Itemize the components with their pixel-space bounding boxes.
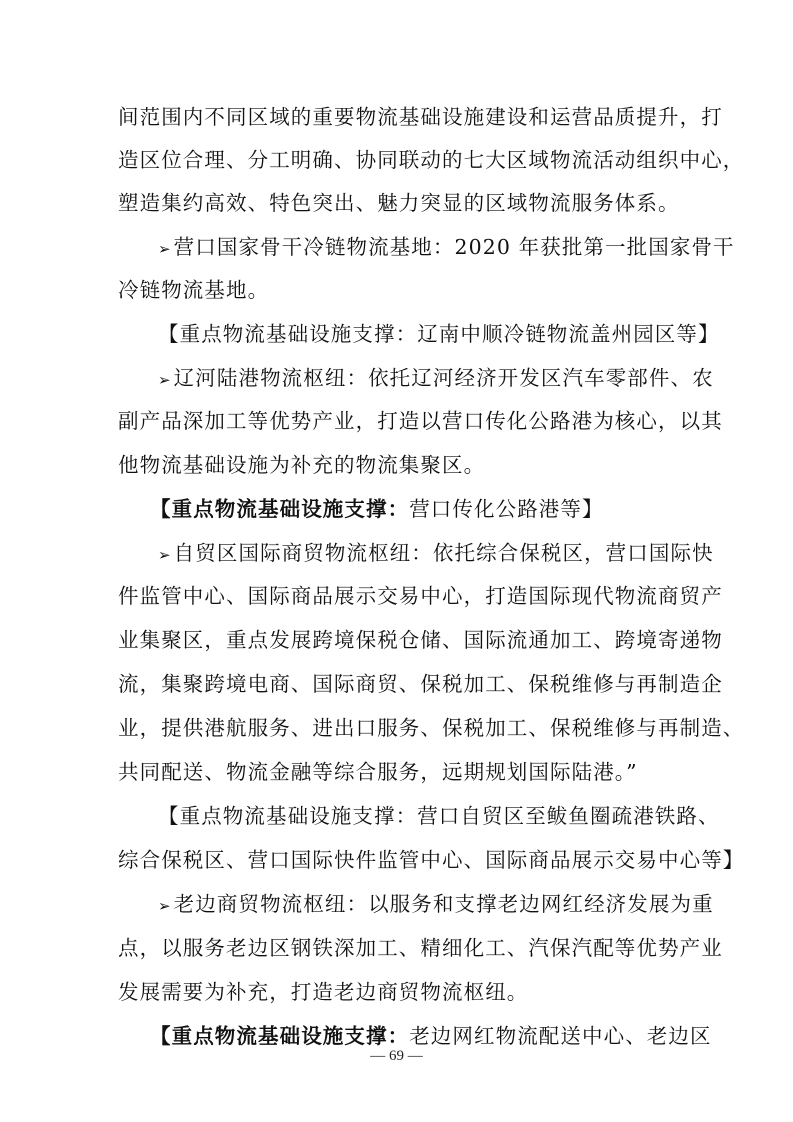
support-label: 【重点物流基础设施支撑：	[150, 1024, 409, 1048]
bullet-arrow-icon: ➢	[158, 546, 172, 564]
bullet-line: ➢自贸区国际商贸物流枢纽：依托综合保税区，营口国际快	[158, 538, 678, 568]
paragraph-line: 副产品深加工等优势产业，打造以营口传化公路港为核心，以其	[118, 406, 678, 436]
paragraph-line: 造区位合理、分工明确、协同联动的七大区域物流活动组织中心，	[118, 145, 678, 175]
paragraph-line: 共同配送、物流金融等综合服务，远期规划国际陆港。”	[118, 757, 678, 787]
paragraph-line: 业集聚区，重点发展跨境保税仓储、国际流通加工、跨境寄递物	[118, 625, 678, 655]
page-number: — 69 —	[0, 1048, 793, 1065]
paragraph-line: 发展需要为补充，打造老边商贸物流枢纽。	[118, 977, 678, 1007]
support-infrastructure-line: 【重点物流基础设施支撑：辽南中顺冷链物流盖州园区等】	[158, 319, 678, 349]
paragraph-line: 流，集聚跨境电商、国际商贸、保税加工、保税维修与再制造企	[118, 669, 678, 699]
bullet-line: ➢营口国家骨干冷链物流基地：2020 年获批第一批国家骨干	[158, 232, 678, 262]
paragraph-line: 间范围内不同区域的重要物流基础设施建设和运营品质提升，打	[118, 102, 678, 132]
bullet-line: ➢辽河陆港物流枢纽：依托辽河经济开发区汽车零部件、农	[158, 363, 678, 393]
paragraph-line: 业，提供港航服务、进出口服务、保税加工、保税维修与再制造、	[118, 713, 678, 743]
support-infrastructure-line: 【重点物流基础设施支撑：营口自贸区至鲅鱼圈疏港铁路、	[158, 801, 678, 831]
bullet-text: 老边商贸物流枢纽：以服务和支撑老边网红经济发展为重	[174, 892, 714, 916]
paragraph-line: 塑造集约高效、特色突出、魅力突显的区域物流服务体系。	[118, 188, 678, 218]
paragraph-line: 件监管中心、国际商品展示交易中心，打造国际现代物流商贸产	[118, 581, 678, 611]
bullet-arrow-icon: ➢	[158, 371, 172, 389]
paragraph-line: 他物流基础设施为补充的物流集聚区。	[118, 450, 678, 480]
bullet-arrow-icon: ➢	[158, 240, 172, 258]
bullet-text: 自贸区国际商贸物流枢纽：依托综合保税区，营口国际快	[174, 541, 714, 565]
bullet-arrow-icon: ➢	[158, 897, 172, 915]
bullet-text: 辽河陆港物流枢纽：依托辽河经济开发区汽车零部件、农	[174, 366, 714, 390]
support-infrastructure-line: 综合保税区、营口国际快件监管中心、国际商品展示交易中心等】	[118, 845, 678, 875]
support-label: 【重点物流基础设施支撑：	[150, 497, 409, 521]
paragraph-line: 冷链物流基地。	[118, 275, 678, 305]
bullet-text: 营口国家骨干冷链物流基地：2020 年获批第一批国家骨干	[174, 235, 735, 259]
support-infrastructure-line: 【重点物流基础设施支撑：营口传化公路港等】	[150, 494, 670, 524]
document-page: 间范围内不同区域的重要物流基础设施建设和运营品质提升，打 造区位合理、分工明确、…	[0, 0, 793, 1122]
support-text: 营口传化公路港等】	[409, 497, 603, 521]
bullet-line: ➢老边商贸物流枢纽：以服务和支撑老边网红经济发展为重	[158, 889, 678, 919]
paragraph-line: 点，以服务老边区钢铁深加工、精细化工、汽保汽配等优势产业	[118, 933, 678, 963]
support-text: 老边网红物流配送中心、老边区	[409, 1024, 711, 1048]
support-infrastructure-line: 【重点物流基础设施支撑：老边网红物流配送中心、老边区	[150, 1021, 678, 1051]
